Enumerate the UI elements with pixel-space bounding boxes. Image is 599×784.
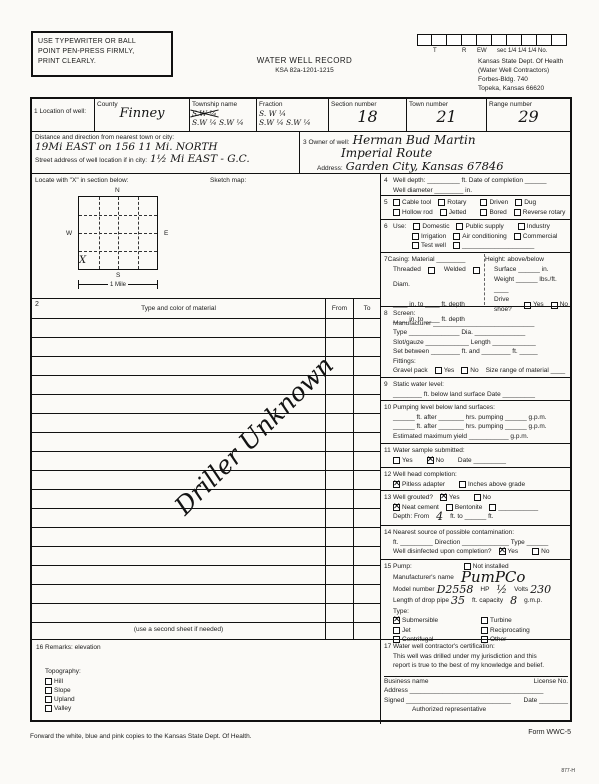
instruction-line: USE TYPEWRITER OR BALL — [38, 37, 166, 47]
screen-section[interactable]: 8Screen: Manufacturer __________________… — [381, 306, 570, 377]
valley-label: Valley — [54, 705, 71, 712]
section-14-number: 14 — [384, 528, 393, 538]
material-row[interactable] — [32, 395, 380, 414]
slope-label: Slope — [54, 687, 71, 694]
materials-table: 2 Type and color of material From To — [32, 298, 380, 639]
label-r: R — [462, 48, 466, 54]
label-ew: EW — [477, 48, 487, 54]
material-row[interactable] — [32, 509, 380, 528]
topography-label: Topography: — [45, 667, 376, 676]
mile-scale: 1 Mile — [78, 280, 158, 289]
right-column: 4 Well depth: _________ ft. Date of comp… — [380, 174, 570, 724]
section-9-number: 9 — [384, 380, 393, 390]
threaded-checkbox[interactable] — [428, 267, 435, 274]
fraction-value-a: S. W ¼ — [259, 109, 326, 118]
certification-section[interactable]: 17Water well contractor's certification:… — [381, 639, 570, 724]
owner-address-value: Garden City, Kansas 67846 — [346, 159, 504, 173]
casing-section[interactable]: 7Casing: Material ________ Height: above… — [381, 252, 570, 306]
threaded-label: Threaded — [393, 265, 421, 275]
public-supply-label: Public supply — [465, 222, 503, 232]
jetted-label: Jetted — [449, 208, 467, 218]
grout-other-checkbox[interactable] — [489, 504, 496, 511]
disinfected-label: Well disinfected upon completion? — [393, 547, 492, 557]
township-value-crossed: S.W ¼ — [192, 109, 217, 118]
contamination-label: Nearest source of possible contamination… — [393, 528, 514, 538]
pumping-level-label: Pumping level below land surfaces: — [393, 403, 495, 413]
pitless-adapter-checkbox-checked[interactable] — [393, 481, 400, 488]
business-name-label[interactable]: Business name — [384, 677, 428, 687]
test-well-label: Test well — [421, 241, 446, 251]
screen-set-line[interactable]: Set between ________ ft. and ________ ft… — [393, 347, 568, 357]
section-3-number: 3 — [303, 139, 307, 146]
welded-label: Welded — [444, 265, 466, 275]
upland-checkbox[interactable] — [45, 696, 52, 703]
hill-label: Hill — [54, 678, 63, 685]
dept-line: (Water Well Contractors) — [478, 66, 563, 75]
section-16-number: 16 — [36, 643, 45, 653]
bentonite-label: Bentonite — [455, 503, 482, 513]
range-number-value: 29 — [489, 107, 568, 126]
jet-checkbox[interactable] — [393, 627, 400, 634]
authorized-representative-label: Authorized representative — [412, 705, 568, 715]
section-10-number: 10 — [384, 403, 393, 413]
fraction-field[interactable]: Fraction S. W ¼ S.W ¼ S.W ¼ — [257, 99, 329, 131]
locate-section: Locate with "X" in section below: Sketch… — [32, 174, 380, 298]
date-line[interactable]: Date ________ — [524, 696, 568, 706]
grid-line — [79, 233, 157, 234]
township-value: S.W ¼ S.W ¼ — [192, 118, 254, 127]
index-box-labels: T R EW sec 1/4 1/4 1/4 No. — [417, 48, 582, 57]
water-sample-section[interactable]: 11Water sample submitted: Yes No Date __… — [381, 443, 570, 467]
index-box[interactable] — [492, 34, 507, 46]
sample-no-label: No — [436, 456, 444, 466]
drill-method-section[interactable]: 5 Cable tool Rotary Driven Dug Hollow ro… — [381, 195, 570, 219]
capacity-label: ft. capacity — [472, 596, 503, 606]
casing-height-label: Height: above/below — [485, 255, 544, 265]
casing-divider — [484, 254, 485, 305]
index-box[interactable] — [552, 34, 567, 46]
reciprocating-checkbox[interactable] — [481, 627, 488, 634]
grouted-yes-label: Yes — [449, 493, 460, 503]
disinfected-no-label: No — [541, 547, 549, 557]
grout-depth-label: Depth: From — [393, 512, 429, 522]
section-8-number: 8 — [384, 309, 393, 319]
material-row[interactable] — [32, 604, 380, 623]
instruction-line: POINT PEN-PRESS FIRMLY, — [38, 47, 166, 57]
county-value: Finney — [97, 109, 187, 118]
gravel-pack-no-checkbox[interactable] — [461, 367, 468, 374]
pump-section[interactable]: 15Pump: Not installed Manufacturer's nam… — [381, 559, 570, 639]
instruction-box: USE TYPEWRITER OR BALL POINT PEN-PRESS F… — [31, 31, 173, 77]
distance-value: 19Mi EAST on 156 11 Mi. NORTH — [35, 142, 296, 153]
index-box[interactable] — [537, 34, 552, 46]
inches-above-grade-label: Inches above grade — [468, 480, 525, 490]
materials-header: Type and color of material — [32, 305, 325, 312]
casing-weight-line: Weight ______ lbs./ft. ____ — [494, 275, 568, 295]
index-box[interactable] — [447, 34, 462, 46]
certification-text-1: This well was drilled under my jurisdict… — [393, 652, 568, 662]
material-row[interactable] — [32, 433, 380, 452]
use-section[interactable]: 6 Use: Domestic Public supply Industry I… — [381, 219, 570, 252]
well-record-form: 1 Location of well: County Finney Townsh… — [30, 97, 572, 722]
pumping-level-section[interactable]: 10Pumping level below land surfaces: ___… — [381, 400, 570, 443]
irrigation-label: Irrigation — [421, 232, 446, 242]
remarks-label: Remarks: elevation — [45, 643, 101, 653]
hollow-rod-checkbox[interactable] — [393, 209, 400, 216]
section-5-number: 5 — [384, 198, 393, 208]
index-box[interactable] — [507, 34, 522, 46]
drop-pipe-value: 35 — [451, 597, 465, 605]
turbine-checkbox[interactable] — [481, 617, 488, 624]
index-box[interactable] — [462, 34, 477, 46]
compass-north: N — [115, 186, 120, 195]
well-head-section[interactable]: 12Well head completion: Pitless adapter … — [381, 467, 570, 490]
section-13-number: 13 — [384, 493, 393, 503]
street-value: 1½ Mi EAST - G.C. — [150, 153, 250, 165]
industry-checkbox[interactable] — [518, 223, 525, 230]
upland-label: Upland — [54, 696, 75, 703]
reverse-rotary-label: Reverse rotary — [523, 208, 566, 218]
pump-type-label: Type: — [393, 607, 568, 617]
label-t: T — [433, 48, 437, 54]
well-head-label: Well head completion: — [393, 470, 457, 480]
pump-mfr-label: Manufacturer's name — [393, 573, 454, 583]
pump-label: Pump: — [393, 562, 412, 572]
to-header: To — [353, 299, 380, 318]
contamination-section[interactable]: 14Nearest source of possible contaminati… — [381, 525, 570, 559]
locate-label: Locate with "X" in section below: — [35, 176, 129, 185]
license-no-label: License No. — [534, 677, 568, 687]
pump-mfr-value: PumPCo — [461, 573, 526, 583]
well-diameter-line: Well diameter ________ in. — [393, 186, 568, 196]
remarks-section[interactable]: 16 Remarks: elevation Topography: Hill S… — [32, 639, 380, 724]
dug-checkbox[interactable] — [515, 199, 522, 206]
well-depth-line: Well depth: _________ ft. Date of comple… — [393, 176, 546, 186]
location-row: 1 Location of well: County Finney Townsh… — [32, 99, 570, 132]
section-12-number: 12 — [384, 470, 393, 480]
pump-hp-label: HP — [480, 585, 489, 595]
test-well-checkbox[interactable] — [412, 242, 419, 249]
valley-checkbox[interactable] — [45, 705, 52, 712]
label-sec-quarters: sec 1/4 1/4 1/4 No. — [497, 48, 547, 54]
index-box[interactable] — [417, 34, 432, 46]
bored-label: Bored — [489, 208, 506, 218]
material-row[interactable] — [32, 547, 380, 566]
form-title: WATER WELL RECORD — [222, 56, 387, 65]
hollow-rod-label: Hollow rod — [402, 208, 433, 218]
submersible-label: Submersible — [402, 616, 438, 626]
capacity-value: 8 — [510, 597, 517, 605]
section-15-number: 15 — [384, 562, 393, 572]
pumping-line-1[interactable]: ______ ft. after _______ hrs. pumping __… — [393, 413, 568, 423]
turbine-label: Turbine — [490, 616, 512, 626]
casing-diam-label: Diam. — [393, 275, 494, 295]
owner-label: Owner of well: — [308, 139, 349, 146]
certification-text-2: report is true to the best of my knowled… — [393, 661, 568, 671]
industry-label: Industry — [527, 222, 550, 232]
pump-model-label: Model number — [393, 585, 435, 595]
township-label: Township name — [192, 100, 254, 109]
commercial-checkbox[interactable] — [514, 233, 521, 240]
compass-west: W — [66, 229, 72, 238]
index-box[interactable] — [477, 34, 492, 46]
neat-cement-checkbox-checked[interactable] — [393, 504, 400, 511]
disinfected-yes-checkbox-checked[interactable] — [499, 548, 506, 555]
dug-label: Dug — [524, 198, 536, 208]
domestic-checkbox[interactable] — [413, 223, 420, 230]
form-number: Form WWC-5 — [528, 729, 571, 736]
air-conditioning-checkbox[interactable] — [453, 233, 460, 240]
grid-line — [79, 251, 157, 252]
hill-checkbox[interactable] — [45, 678, 52, 685]
well-depth-section[interactable]: 4 Well depth: _________ ft. Date of comp… — [381, 174, 570, 195]
driven-checkbox[interactable] — [480, 199, 487, 206]
fraction-value-b: S.W ¼ S.W ¼ — [259, 118, 326, 127]
grout-depth-rest: ft. to ______ ft. — [450, 512, 493, 522]
business-address-line[interactable]: Address ________________________________… — [384, 686, 568, 696]
welded-checkbox[interactable] — [473, 267, 480, 274]
screen-fittings-label: Fittings: — [393, 357, 568, 367]
material-row[interactable] — [32, 414, 380, 433]
section-number-value: 18 — [331, 107, 404, 126]
cable-tool-checkbox[interactable] — [393, 199, 400, 206]
grid-line — [79, 215, 157, 216]
form-statute-code: KSA 82a-1201-1215 — [222, 67, 387, 74]
dept-line: Kansas State Dept. Of Health — [478, 57, 563, 66]
gravel-pack-label: Gravel pack — [393, 366, 428, 376]
size-range-line[interactable]: Size range of material ____ — [486, 366, 566, 376]
distance-cell[interactable]: Distance and direction from nearest town… — [32, 132, 300, 173]
max-yield-line[interactable]: Estimated maximum yield ___________ g.p.… — [393, 432, 568, 442]
gravel-pack-yes-checkbox[interactable] — [435, 367, 442, 374]
fraction-label: Fraction — [259, 100, 326, 109]
certification-label: Water well contractor's certification: — [393, 642, 495, 652]
material-row[interactable] — [32, 319, 380, 338]
grouted-no-checkbox[interactable] — [474, 494, 481, 501]
dept-line: Topeka, Kansas 66620 — [478, 84, 563, 93]
sample-no-checkbox-checked[interactable] — [427, 457, 434, 464]
scale-line — [128, 284, 157, 285]
grout-other-blank[interactable]: ___________ — [498, 503, 538, 513]
not-installed-checkbox[interactable] — [464, 563, 471, 570]
section-number-field[interactable]: Section number 18 — [329, 99, 407, 131]
department-address: Kansas State Dept. Of Health (Water Well… — [478, 57, 563, 93]
jetted-checkbox[interactable] — [440, 209, 447, 216]
sample-date-line[interactable]: Date _________ — [458, 456, 506, 466]
use-label: Use: — [393, 222, 406, 232]
section-17-number: 17 — [384, 642, 393, 652]
pumping-line-2[interactable]: ______ ft. after _______ hrs. pumping __… — [393, 422, 568, 432]
gravel-pack-no-label: No — [470, 366, 478, 376]
irrigation-checkbox[interactable] — [412, 233, 419, 240]
mile-label: 1 Mile — [108, 282, 128, 288]
distance-owner-row: Distance and direction from nearest town… — [32, 132, 570, 174]
owner-address-label: Address: — [317, 164, 343, 173]
grout-depth-value: 4 — [436, 513, 443, 521]
use-other-blank[interactable]: ____________________ — [462, 241, 534, 251]
sketch-map-label: Sketch map: — [210, 176, 246, 185]
disinfected-yes-label: Yes — [508, 547, 519, 557]
drop-pipe-label: Length of drop pipe — [393, 596, 449, 606]
rotary-checkbox[interactable] — [438, 199, 445, 206]
index-box-grid[interactable] — [417, 34, 567, 46]
commercial-label: Commercial — [523, 232, 558, 242]
compass-east: E — [164, 229, 168, 238]
compass-south: S — [116, 271, 120, 280]
range-number-field[interactable]: Range number 29 — [487, 99, 570, 131]
grouted-yes-checkbox-checked[interactable] — [440, 494, 447, 501]
rotary-label: Rotary — [447, 198, 466, 208]
print-code: 877-H — [561, 768, 575, 774]
scale-line — [79, 284, 108, 285]
contamination-line[interactable]: ft. _________ Direction _____________ Ty… — [393, 538, 568, 548]
second-sheet-note-row: (use a second sheet if needed) — [32, 623, 380, 639]
grouted-section[interactable]: 13Well grouted? Yes No Neat cement Bento… — [381, 490, 570, 525]
owner-value: Herman Bud Martin — [353, 133, 476, 147]
county-field[interactable]: County Finney — [95, 99, 190, 131]
screen-type-line[interactable]: Type ______________ Dia. ______________ — [393, 328, 568, 338]
cable-tool-label: Cable tool — [402, 198, 431, 208]
material-row[interactable] — [32, 566, 380, 585]
instruction-line: PRINT CLEARLY. — [38, 57, 166, 67]
material-row[interactable] — [32, 528, 380, 547]
section-grid[interactable]: X — [78, 196, 158, 270]
town-number-field[interactable]: Town number 21 — [407, 99, 487, 131]
submersible-checkbox-checked[interactable] — [393, 617, 400, 624]
pitless-adapter-label: Pitless adapter — [402, 480, 445, 490]
bentonite-checkbox[interactable] — [446, 504, 453, 511]
screen-manufacturer-line[interactable]: Manufacturer ___________________________… — [393, 319, 568, 329]
inches-above-grade-checkbox[interactable] — [459, 481, 466, 488]
material-row[interactable] — [32, 585, 380, 604]
forward-copies-note: Forward the white, blue and pink copies … — [30, 733, 252, 740]
from-header: From — [325, 299, 353, 318]
owner-cell[interactable]: 3 Owner of well: Herman Bud Martin Imper… — [300, 132, 570, 173]
section-6-number: 6 — [384, 222, 393, 232]
pump-hp-value: ½ — [496, 586, 507, 594]
grouted-no-label: No — [483, 493, 491, 503]
pump-volts-value: 230 — [530, 586, 551, 594]
static-water-section[interactable]: 9Static water level: ________ ft. below … — [381, 377, 570, 400]
driven-label: Driven — [489, 198, 508, 208]
neat-cement-label: Neat cement — [402, 503, 439, 513]
screen-slot-line[interactable]: Slot/gauze ____________ Length _________… — [393, 338, 568, 348]
use-other-checkbox[interactable] — [453, 242, 460, 249]
static-water-label: Static water level: — [393, 380, 444, 390]
materials-header-row: 2 Type and color of material From To — [32, 299, 380, 319]
section-4-number: 4 — [384, 176, 393, 186]
air-conditioning-label: Air conditioning — [462, 232, 506, 242]
domestic-label: Domestic — [422, 222, 449, 232]
reverse-rotary-checkbox[interactable] — [514, 209, 521, 216]
casing-surface-line: Surface ______ in. — [494, 265, 549, 275]
owner-route-value: Imperial Route — [341, 147, 567, 159]
scanned-form-page: USE TYPEWRITER OR BALL POINT PEN-PRESS F… — [0, 0, 599, 784]
bored-checkbox[interactable] — [480, 209, 487, 216]
location-label: Location of well: — [39, 108, 86, 115]
casing-material-line: Casing: Material ________ — [388, 255, 466, 265]
section-11-number: 11 — [384, 446, 393, 456]
town-number-value: 21 — [409, 107, 484, 126]
section-1-number: 1 — [34, 108, 38, 115]
township-field[interactable]: Township name S.W ¼ S.W ¼ S.W ¼ — [190, 99, 257, 131]
sample-yes-label: Yes — [402, 456, 413, 466]
capacity-unit: g.m.p. — [524, 596, 542, 606]
form-title-block: WATER WELL RECORD KSA 82a-1201-1215 — [222, 56, 387, 74]
screen-label: Screen: — [393, 309, 415, 319]
dept-line: Forbes-Bldg. 740 — [478, 75, 563, 84]
slope-checkbox[interactable] — [45, 687, 52, 694]
location-label-cell: 1 Location of well: — [32, 99, 95, 131]
pump-model-value: D2558 — [437, 586, 474, 594]
index-box[interactable] — [522, 34, 537, 46]
reciprocating-label: Reciprocating — [490, 626, 530, 636]
well-x-mark: X — [79, 255, 86, 266]
sample-yes-checkbox[interactable] — [393, 457, 400, 464]
signed-line[interactable]: Signed _____________________________ — [384, 696, 511, 706]
jet-label: Jet — [402, 626, 411, 636]
disinfected-no-checkbox[interactable] — [532, 548, 539, 555]
static-water-line[interactable]: ________ ft. below land surface Date ___… — [393, 390, 568, 400]
index-box[interactable] — [432, 34, 447, 46]
second-sheet-note: (use a second sheet if needed) — [32, 623, 325, 639]
street-label: Street address of well location if in ci… — [35, 156, 147, 165]
gravel-pack-yes-label: Yes — [444, 366, 455, 376]
public-supply-checkbox[interactable] — [456, 223, 463, 230]
